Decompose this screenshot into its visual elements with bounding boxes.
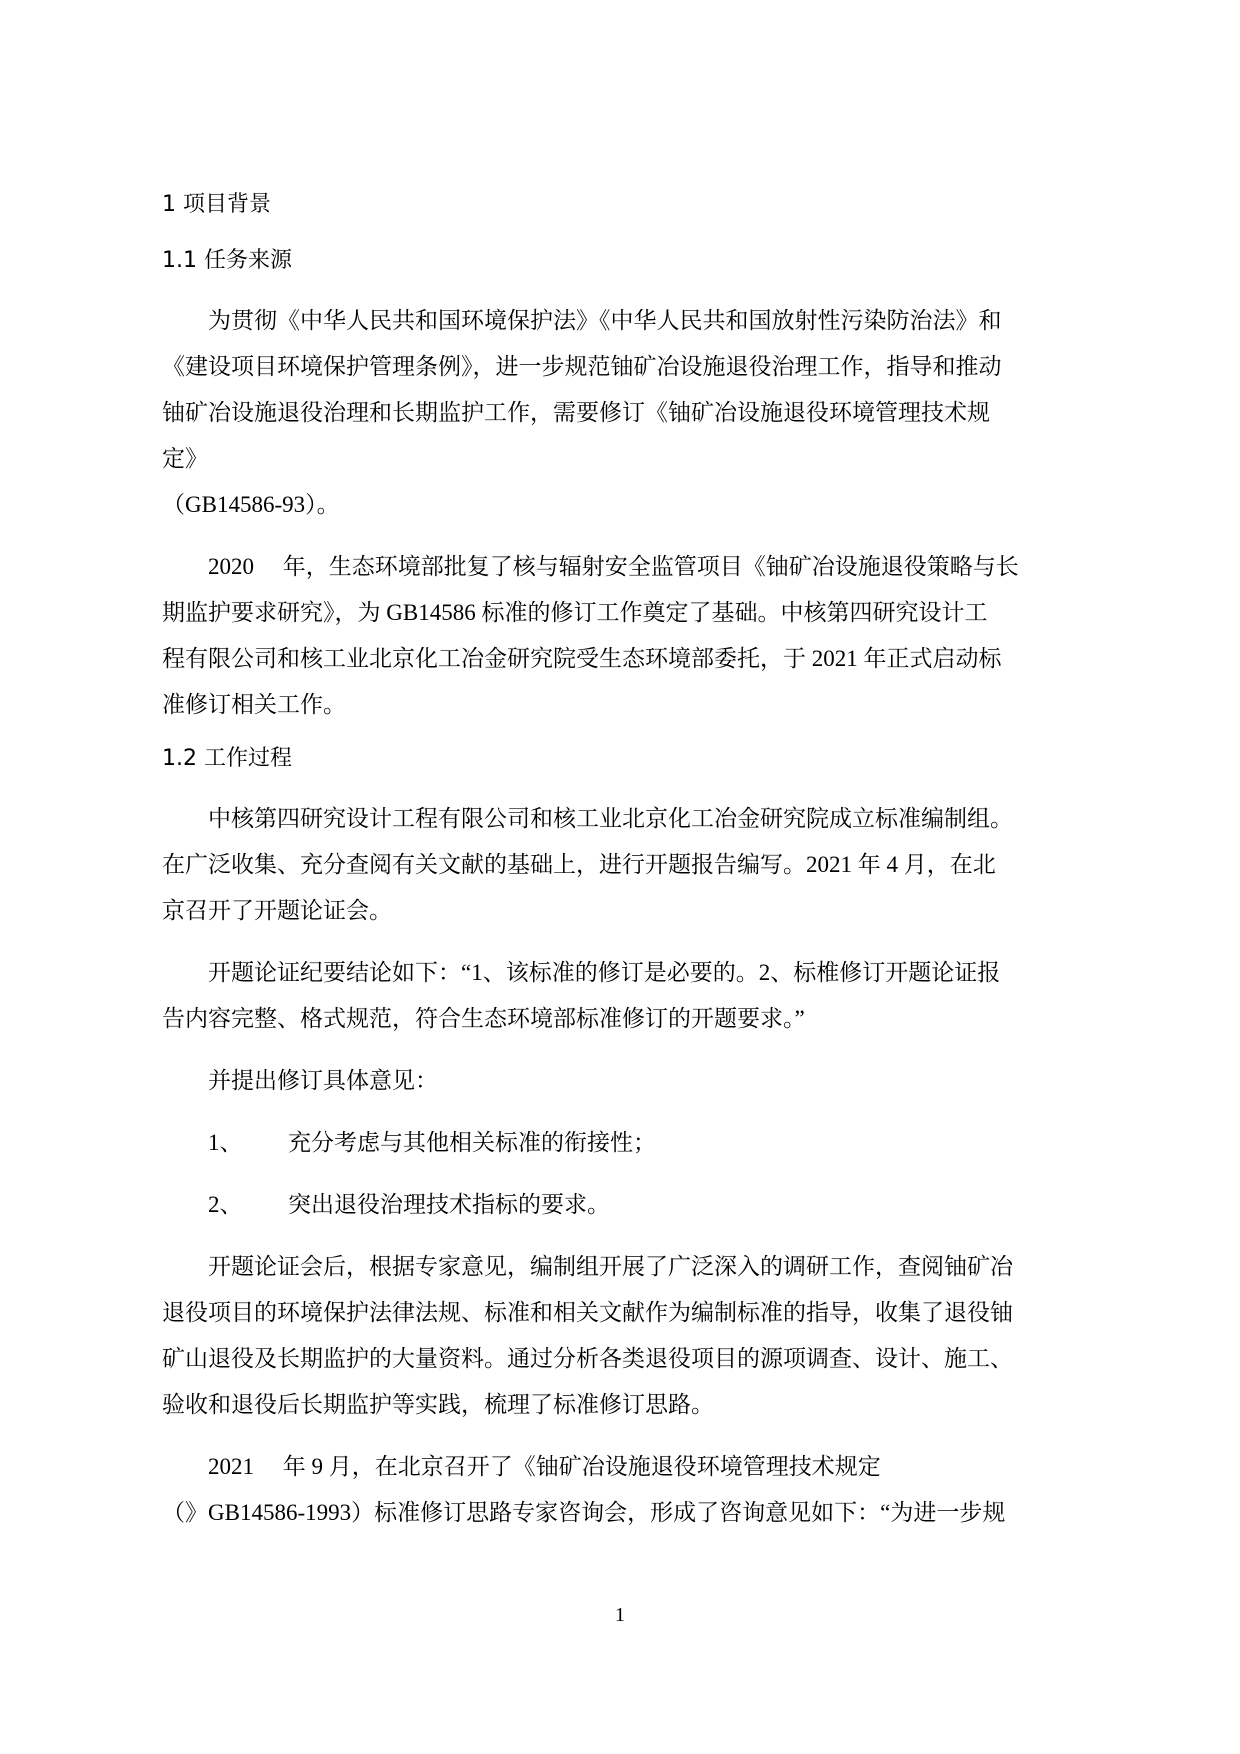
list-text: 充分考虑与其他相关标准的衔接性； bbox=[288, 1130, 656, 1155]
text-line: 2021 年 9 月，在北京召开了《铀矿冶设施退役环境管理技术规定 bbox=[162, 1444, 1082, 1490]
text-line: 矿山退役及长期监护的大量资料。通过分析各类退役项目的源项调查、设计、施工、 bbox=[162, 1336, 1082, 1382]
text-line: （GB14586-93）。 bbox=[162, 482, 1082, 528]
text-line: （》GB14586-1993）标准修订思路专家咨询会，形成了咨询意见如下：“为进… bbox=[162, 1490, 1082, 1536]
text-line: 退役项目的环境保护法律法规、标准和相关文献作为编制标准的指导，收集了退役铀 bbox=[162, 1290, 1082, 1336]
text-line: 在广泛收集、充分查阅有关文献的基础上，进行开题报告编写。2021 年 4 月，在… bbox=[162, 842, 1082, 888]
paragraph: 2021 年 9 月，在北京召开了《铀矿冶设施退役环境管理技术规定 （》GB14… bbox=[162, 1444, 1082, 1536]
heading-1-2: 1.2 工作过程 bbox=[162, 744, 1082, 790]
text-line: 期监护要求研究》，为 GB14586 标准的修订工作奠定了基础。中核第四研究设计… bbox=[162, 590, 1082, 636]
document-page: 1 项目背景 1.1 任务来源 为贯彻《中华人民共和国环境保护法》《中华人民共和… bbox=[0, 0, 1240, 1754]
paragraph: 开题论证会后，根据专家意见，编制组开展了广泛深入的调研工作，查阅铀矿冶 退役项目… bbox=[162, 1244, 1082, 1428]
paragraph: 开题论证纪要结论如下：“1、该标准的修订是必要的。2、标椎修订开题论证报 告内容… bbox=[162, 950, 1082, 1042]
list-item: 2、突出退役治理技术指标的要求。 bbox=[162, 1182, 1082, 1228]
text-line: 程有限公司和核工业北京化工冶金研究院受生态环境部委托，于 2021 年正式启动标 bbox=[162, 636, 1082, 682]
text-line: 京召开了开题论证会。 bbox=[162, 888, 1082, 934]
paragraph: 中核第四研究设计工程有限公司和核工业北京化工冶金研究院成立标准编制组。 在广泛收… bbox=[162, 796, 1082, 934]
list-item: 1、充分考虑与其他相关标准的衔接性； bbox=[162, 1120, 1082, 1166]
text-line: 中核第四研究设计工程有限公司和核工业北京化工冶金研究院成立标准编制组。 bbox=[162, 796, 1082, 842]
list-number: 1、 bbox=[162, 1120, 288, 1166]
text-line: 2020 年，生态环境部批复了核与辐射安全监管项目《铀矿冶设施退役策略与长 bbox=[162, 544, 1082, 590]
page-number: 1 bbox=[0, 1604, 1240, 1627]
paragraph: 2020 年，生态环境部批复了核与辐射安全监管项目《铀矿冶设施退役策略与长 期监… bbox=[162, 544, 1082, 728]
text-line: 验收和退役后长期监护等实践，梳理了标准修订思路。 bbox=[162, 1382, 1082, 1428]
list-number: 2、 bbox=[162, 1182, 288, 1228]
text-line: 定》 bbox=[162, 436, 1082, 482]
page-content: 1 项目背景 1.1 任务来源 为贯彻《中华人民共和国环境保护法》《中华人民共和… bbox=[162, 190, 1082, 1552]
paragraph: 并提出修订具体意见： bbox=[162, 1058, 1082, 1104]
text-line: 告内容完整、格式规范，符合生态环境部标准修订的开题要求。” bbox=[162, 996, 1082, 1042]
paragraph: 为贯彻《中华人民共和国环境保护法》《中华人民共和国放射性污染防治法》和 《建设项… bbox=[162, 298, 1082, 528]
heading-1-1: 1.1 任务来源 bbox=[162, 246, 1082, 292]
text-line: 准修订相关工作。 bbox=[162, 682, 1082, 728]
heading-1: 1 项目背景 bbox=[162, 190, 1082, 236]
list-text: 突出退役治理技术指标的要求。 bbox=[288, 1192, 610, 1217]
text-line: 并提出修订具体意见： bbox=[162, 1058, 1082, 1104]
text-line: 开题论证纪要结论如下：“1、该标准的修订是必要的。2、标椎修订开题论证报 bbox=[162, 950, 1082, 996]
text-line: 为贯彻《中华人民共和国环境保护法》《中华人民共和国放射性污染防治法》和 bbox=[162, 298, 1082, 344]
text-line: 《建设项目环境保护管理条例》，进一步规范铀矿冶设施退役治理工作，指导和推动 bbox=[162, 344, 1082, 390]
text-line: 铀矿冶设施退役治理和长期监护工作，需要修订《铀矿冶设施退役环境管理技术规 bbox=[162, 390, 1082, 436]
text-line: 开题论证会后，根据专家意见，编制组开展了广泛深入的调研工作，查阅铀矿冶 bbox=[162, 1244, 1082, 1290]
